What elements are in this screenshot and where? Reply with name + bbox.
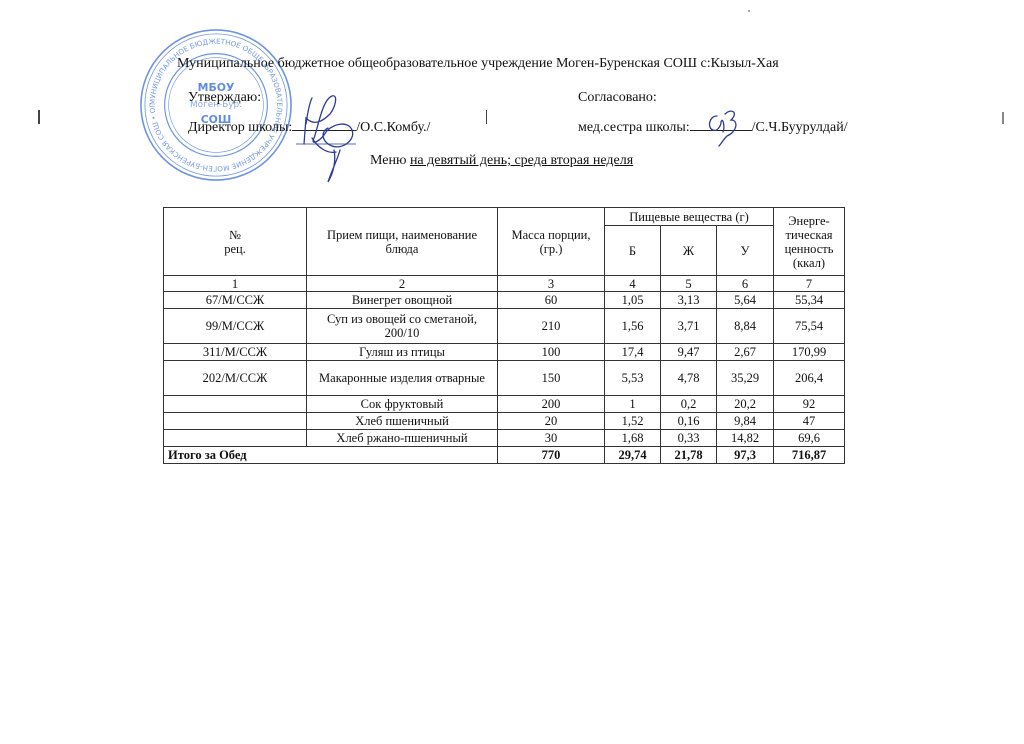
menu-prefix: Меню [370,153,410,168]
dish-cell: Гуляш из птицы [307,344,498,361]
scan-speck [748,10,750,12]
header-energy: Энерге-тическая ценность (ккал) [774,208,845,276]
carbs-cell: 8,84 [717,309,774,344]
protein-cell: 1,52 [605,413,661,430]
protein-cell: 1,05 [605,292,661,309]
protein-cell: 1,68 [605,430,661,447]
recipe-cell: 99/М/ССЖ [164,309,307,344]
table-row: Хлеб ржано-пшеничный 30 1,68 0,33 14,82 … [164,430,845,447]
total-row: Итого за Обед 770 29,74 21,78 97,3 716,8… [164,447,845,464]
portion-cell: 20 [498,413,605,430]
nurse-label: мед.сестра школы: [578,120,690,135]
approve-label: Утверждаю: [188,90,261,106]
portion-cell: 200 [498,396,605,413]
protein-cell: 1 [605,396,661,413]
energy-cell: 69,6 [774,430,845,447]
table-row: 311/М/ССЖ Гуляш из птицы 100 17,4 9,47 2… [164,344,845,361]
director-signature [292,88,372,184]
portion-cell: 150 [498,361,605,396]
dish-cell: Хлеб ржано-пшеничный [307,430,498,447]
fat-cell: 9,47 [661,344,717,361]
header-protein: Б [605,226,661,276]
carbs-cell: 20,2 [717,396,774,413]
carbs-cell: 14,82 [717,430,774,447]
energy-cell: 75,54 [774,309,845,344]
index-cell: 4 [605,276,661,292]
dish-cell: Винегрет овощной [307,292,498,309]
fat-cell: 3,71 [661,309,717,344]
scan-mark-right [1002,112,1004,124]
fat-cell: 4,78 [661,361,717,396]
portion-cell: 30 [498,430,605,447]
energy-cell: 170,99 [774,344,845,361]
fat-cell: 0,33 [661,430,717,447]
menu-title-line: Меню на девятый день; среда вторая недел… [370,153,633,169]
scan-mark-mid [486,110,487,124]
total-energy: 716,87 [774,447,845,464]
recipe-cell: 67/М/ССЖ [164,292,307,309]
index-cell: 5 [661,276,717,292]
fat-cell: 0,16 [661,413,717,430]
header-recipe-no: № рец. [164,208,307,276]
energy-cell: 47 [774,413,845,430]
recipe-cell [164,396,307,413]
protein-cell: 17,4 [605,344,661,361]
index-cell: 7 [774,276,845,292]
carbs-cell: 5,64 [717,292,774,309]
header-carbs: У [717,226,774,276]
total-portion: 770 [498,447,605,464]
header-nutrients: Пищевые вещества (г) [605,208,774,226]
dish-cell: Макаронные изделия отварные [307,361,498,396]
fat-cell: 3,13 [661,292,717,309]
carbs-cell: 2,67 [717,344,774,361]
header-dish: Прием пищи, наименование блюда [307,208,498,276]
table-row: Хлеб пшеничный 20 1,52 0,16 9,84 47 [164,413,845,430]
header-portion: Масса порции, (гр.) [498,208,605,276]
table-row: 99/М/ССЖ Суп из овощей со сметаной, 200/… [164,309,845,344]
energy-cell: 206,4 [774,361,845,396]
nurse-signature [703,106,743,148]
director-label: Директор школы: [188,120,292,135]
institution-line: Муниципальное бюджетное общеобразователь… [177,56,779,72]
recipe-cell: 311/М/ССЖ [164,344,307,361]
total-fat: 21,78 [661,447,717,464]
fat-cell: 0,2 [661,396,717,413]
protein-cell: 5,53 [605,361,661,396]
agreed-label: Согласовано: [578,90,657,106]
index-cell: 6 [717,276,774,292]
column-index-row: 1 2 3 4 5 6 7 [164,276,845,292]
carbs-cell: 9,84 [717,413,774,430]
nurse-name: /С.Ч.Буурулдай/ [752,120,848,135]
total-label: Итого за Обед [164,447,498,464]
energy-cell: 55,34 [774,292,845,309]
dish-cell: Сок фруктовый [307,396,498,413]
carbs-cell: 35,29 [717,361,774,396]
recipe-cell [164,413,307,430]
recipe-cell [164,430,307,447]
recipe-cell: 202/М/ССЖ [164,361,307,396]
scan-mark-left [38,110,40,124]
portion-cell: 60 [498,292,605,309]
index-cell: 3 [498,276,605,292]
menu-table: № рец. Прием пищи, наименование блюда Ма… [163,207,845,464]
total-carbs: 97,3 [717,447,774,464]
dish-cell: Суп из овощей со сметаной, 200/10 [307,309,498,344]
dish-cell: Хлеб пшеничный [307,413,498,430]
protein-cell: 1,56 [605,309,661,344]
energy-cell: 92 [774,396,845,413]
header-fat: Ж [661,226,717,276]
table-row: 67/М/ССЖ Винегрет овощной 60 1,05 3,13 5… [164,292,845,309]
table-row: Сок фруктовый 200 1 0,2 20,2 92 [164,396,845,413]
total-protein: 29,74 [605,447,661,464]
portion-cell: 210 [498,309,605,344]
menu-title: на девятый день; среда вторая неделя [410,153,633,168]
table-row: 202/М/ССЖ Макаронные изделия отварные 15… [164,361,845,396]
index-cell: 2 [307,276,498,292]
portion-cell: 100 [498,344,605,361]
index-cell: 1 [164,276,307,292]
